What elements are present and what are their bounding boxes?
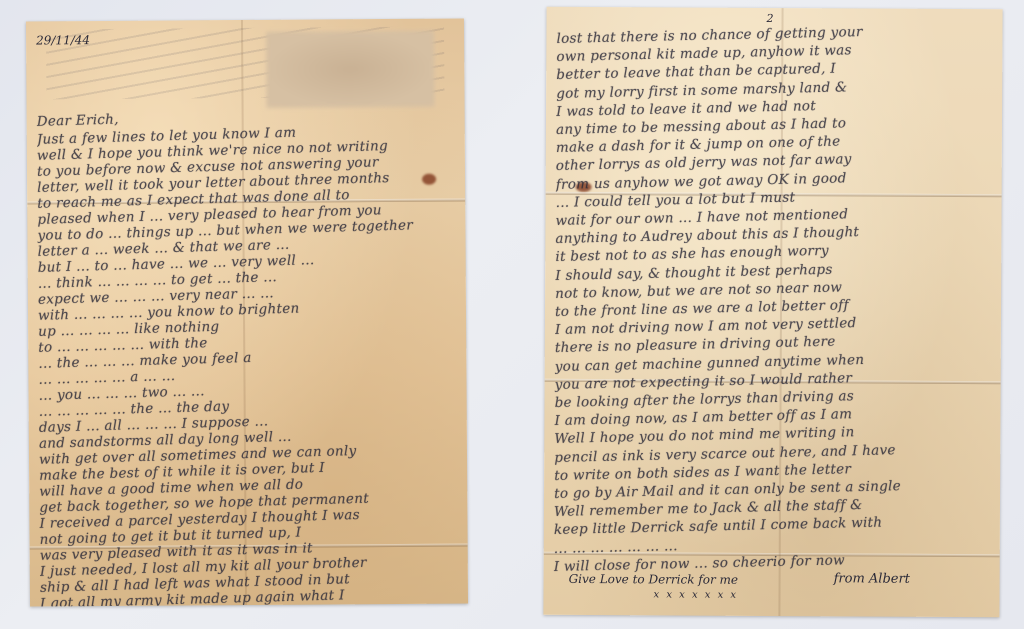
letter-page-left: 29/11/44 Dear Erich, Just a few lines to… bbox=[26, 18, 468, 606]
letter-page-right: 2 lost that there is no chance of gettin… bbox=[543, 7, 1002, 617]
blurred-redaction bbox=[266, 31, 435, 108]
closing-line: Give Love to Derrick for me bbox=[569, 572, 738, 587]
right-page-text: lost that there is no chance of getting … bbox=[553, 7, 992, 617]
kisses: x x x x x x x bbox=[653, 589, 738, 600]
signature: from Albert bbox=[834, 571, 910, 586]
